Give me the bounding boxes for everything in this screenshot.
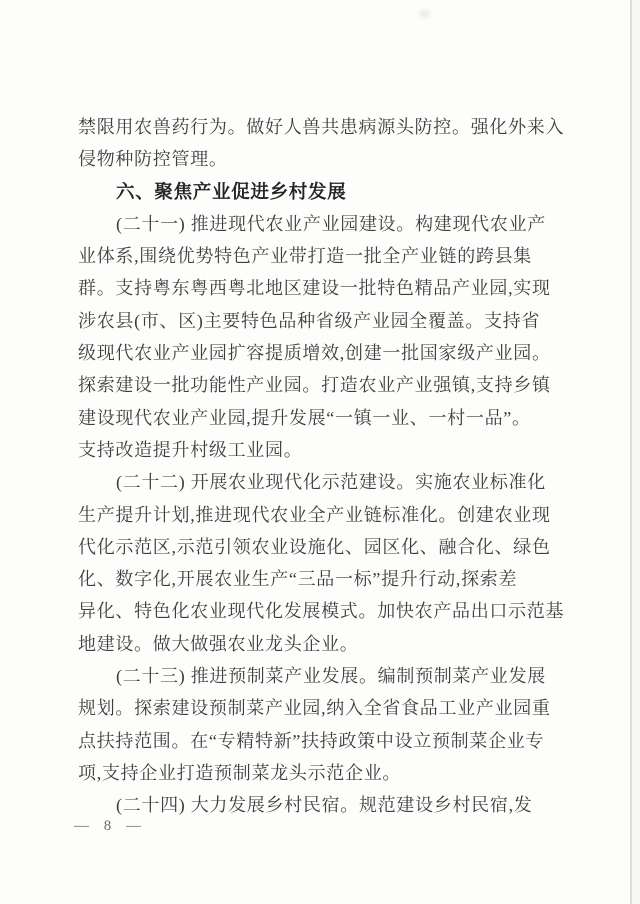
text-line: 级现代农业产业园扩容提质增效,创建一批国家级产业园。 (78, 337, 570, 369)
text-line: (二十三) 推进预制菜产业发展。编制预制菜产业发展 (78, 660, 570, 692)
text-line: 生产提升计划,推进现代农业全产业链标准化。创建农业现 (78, 499, 570, 531)
text-line: 群。支持粤东粤西粤北地区建设一批特色精品产业园,实现 (78, 272, 570, 304)
section-heading: 六、聚焦产业促进乡村发展 (78, 176, 570, 208)
text-line: (二十二) 开展农业现代化示范建设。实施农业标准化 (78, 466, 570, 498)
scanned-document-page: 禁限用农兽药行为。做好人兽共患病源头防控。强化外来入侵物种防控管理。六、聚焦产业… (0, 0, 640, 904)
text-line: 涉农县(市、区)主要特色品种省级产业园全覆盖。支持省 (78, 305, 570, 337)
document-body: 禁限用农兽药行为。做好人兽共患病源头防控。强化外来入侵物种防控管理。六、聚焦产业… (78, 111, 570, 822)
text-line: 异化、特色化农业现代化发展模式。加快农产品出口示范基 (78, 595, 570, 627)
text-line: 业体系,围绕优势特色产业带打造一批全产业链的跨县集 (78, 240, 570, 272)
text-line: 规划。探索建设预制菜产业园,纳入全省食品工业产业园重 (78, 692, 570, 724)
text-line: 地建设。做大做强农业龙头企业。 (78, 628, 570, 660)
text-line: 禁限用农兽药行为。做好人兽共患病源头防控。强化外来入 (78, 111, 570, 143)
text-line: (二十四) 大力发展乡村民宿。规范建设乡村民宿,发 (78, 789, 570, 821)
text-line: (二十一) 推进现代农业产业园建设。构建现代农业产 (78, 208, 570, 240)
text-line: 化、数字化,开展农业生产“三品一标”提升行动,探索差 (78, 563, 570, 595)
text-line: 侵物种防控管理。 (78, 143, 570, 175)
text-line: 点扶持范围。在“专精特新”扶持政策中设立预制菜企业专 (78, 725, 570, 757)
page-number: — 8 — (74, 818, 142, 835)
text-line: 建设现代农业产业园,提升发展“一镇一业、一村一品”。 (78, 402, 570, 434)
text-line: 探索建设一批功能性产业园。打造农业产业强镇,支持乡镇 (78, 369, 570, 401)
page-edge-shade (632, 0, 640, 904)
text-line: 支持改造提升村级工业园。 (78, 434, 570, 466)
text-line: 项,支持企业打造预制菜龙头示范企业。 (78, 757, 570, 789)
text-line: 代化示范区,示范引领农业设施化、园区化、融合化、绿色 (78, 531, 570, 563)
page-edge-line (630, 0, 632, 904)
scan-artifact (420, 10, 430, 18)
